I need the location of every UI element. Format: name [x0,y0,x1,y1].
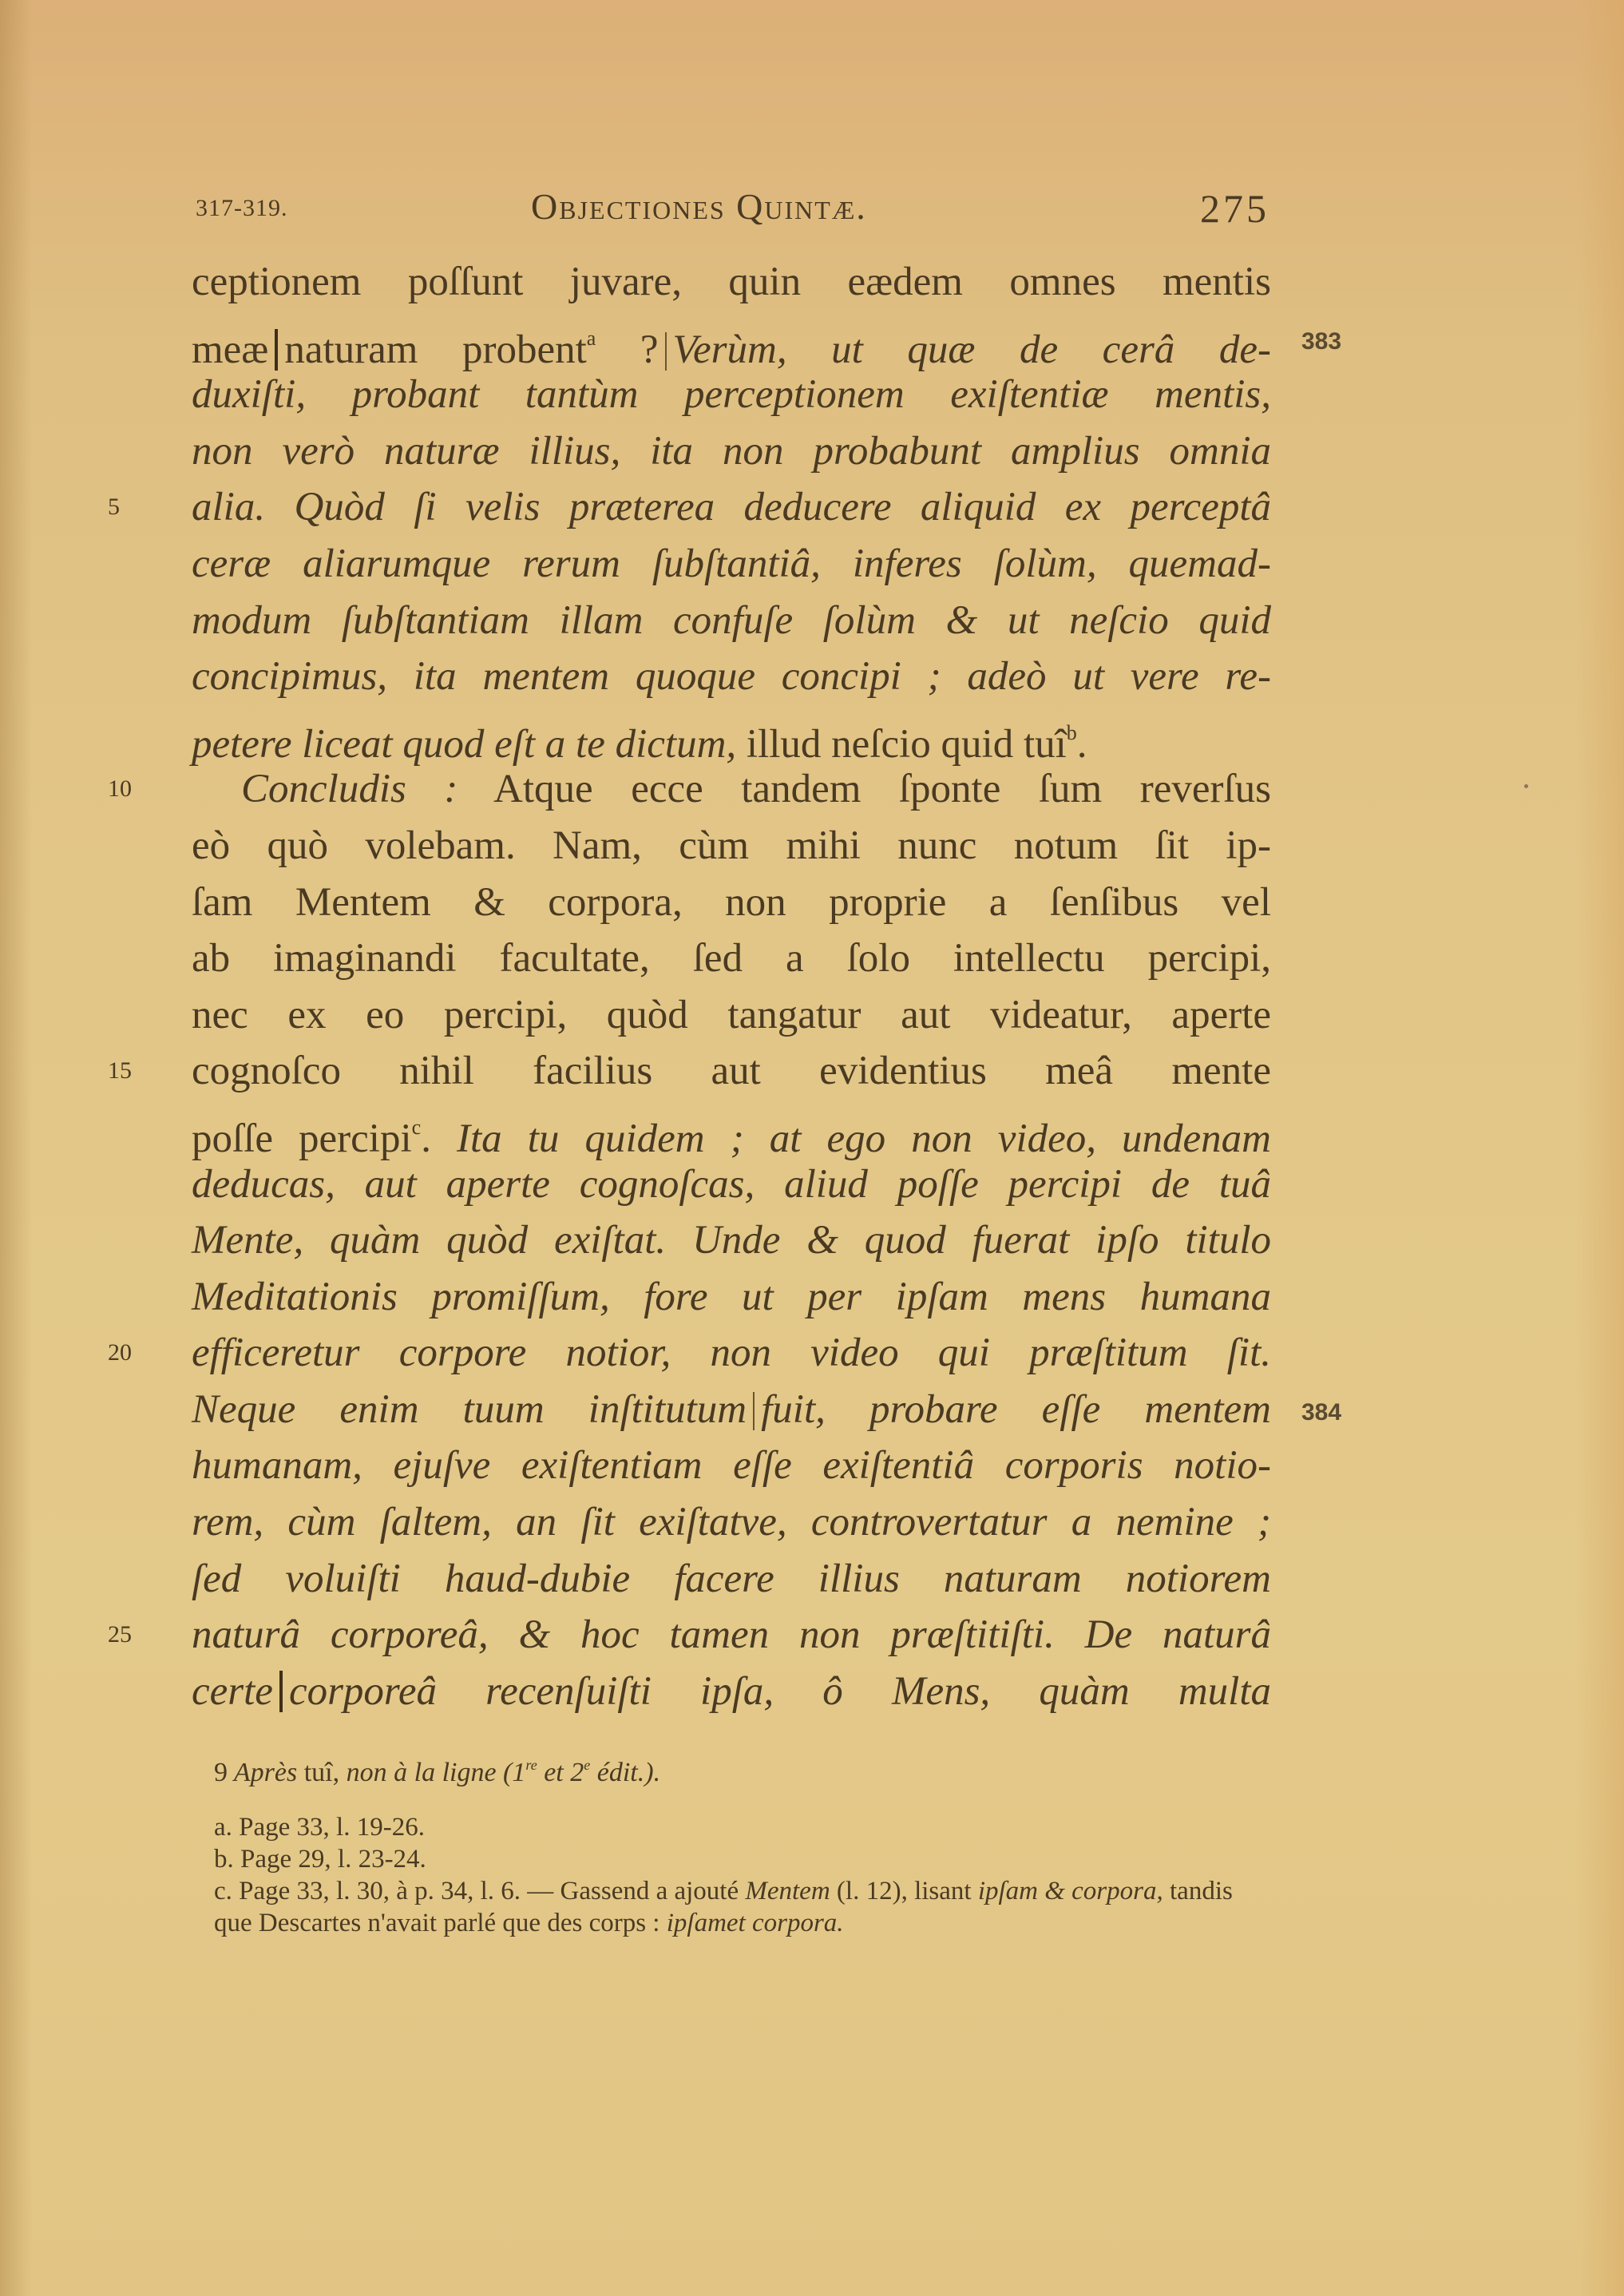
page-break-marker [275,329,278,371]
text-run: alia. Quòd ſi velis præterea deducere al… [192,485,1271,529]
text-run: Neque enim tuum inſtitutum [192,1387,747,1432]
page-number: 275 [1200,185,1269,232]
footnote-ref: c [412,1116,422,1139]
footnote-ref: a [587,327,596,350]
line-number: 5 [108,479,140,535]
running-header: 317-319. Objectiones Quintæ. 275 [196,185,1269,233]
text-line: ab imaginandi facultate, ſed a ſolo inte… [192,930,1271,987]
text-run: Mente, quàm quòd exiſtat. Unde & quod fu… [192,1218,1271,1263]
text-run: efficeretur corpore notior, non video qu… [192,1330,1271,1375]
text-run: ? [596,327,658,372]
footnote-ref: b [1067,721,1077,744]
paper-speck [1524,784,1528,788]
text-line: Mente, quàm quòd exiſtat. Unde & quod fu… [192,1212,1271,1269]
text-line: duxiſti, probant tantùm perceptionem exi… [192,367,1271,423]
text-run: Concludis : [241,767,457,811]
text-line: ſed voluiſti haud-dubie facere illius na… [192,1551,1271,1608]
line-number: 15 [108,1043,140,1099]
text-line: 20efficeretur corpore notior, non video … [192,1325,1271,1382]
text-line: 10Concludis : Atque ecce tandem ſponte ſ… [192,761,1271,818]
margin-page-ref: 383 [1301,314,1341,370]
text-line: concipimus, ita mentem quoque concipi ; … [192,648,1271,705]
footnote-text: (l. 12), lisant [830,1877,978,1905]
page-edge-shadow-left [0,0,32,2296]
text-line: certecorporeâ recenſuiſti ipſa, ô Mens, … [192,1664,1271,1720]
text-line: ceræ aliarumque rerum ſubſtantiâ, infere… [192,536,1271,593]
text-run: nec ex eo percipi, quòd tangatur aut vid… [192,993,1271,1037]
text-run: fuit, probare eſſe mentem [761,1387,1271,1432]
text-run: . [421,1116,457,1161]
text-run: ſed voluiſti haud-dubie facere illius na… [192,1556,1271,1601]
text-run: duxiſti, probant tantùm perceptionem exi… [192,372,1271,417]
text-run: ceptionem poſſunt juvare, quin eædem omn… [192,260,1271,304]
text-run: humanam, ejuſve exiſtentiam eſſe exiſten… [192,1443,1271,1488]
line-number: 25 [108,1607,140,1663]
text-line: petere liceat quod eſt a te dictum, illu… [192,705,1271,762]
main-text: ceptionem poſſunt juvare, quin eædem omn… [192,254,1271,1719]
footnote-text: Page 29, l. 23-24. [240,1845,426,1874]
variant-text: Après [234,1758,297,1787]
footnote-label: a. [214,1813,232,1842]
text-run: concipimus, ita mentem quoque concipi ; … [192,654,1271,699]
text-line: poſſe percipic. Ita tu quidem ; at ego n… [192,1100,1271,1156]
text-run: ſam Mentem & corpora, non proprie a ſenſ… [192,880,1271,925]
text-run: modum ſubſtantiam illam confuſe ſolùm & … [192,598,1271,643]
variant-line-ref: 9 [214,1758,228,1787]
edition-end: édit.). [590,1758,660,1787]
text-run: ab imaginandi facultate, ſed a ſolo inte… [192,936,1271,981]
footnote-italic: Mentem [745,1877,830,1905]
text-line: rem, cùm ſaltem, an ſit exiſtatve, contr… [192,1494,1271,1551]
variant-word: tuî, [297,1758,346,1787]
text-run: naturâ corporeâ, & hoc tamen non præſtit… [192,1612,1271,1657]
text-line: non verò naturæ illius, ita non probabun… [192,423,1271,480]
footnote-a: a. Page 33, l. 19-26. [192,1811,1271,1843]
footnote-italic: ipſamet corpora. [667,1909,844,1937]
footnote-b: b. Page 29, l. 23-24. [192,1843,1271,1875]
footnotes: a. Page 33, l. 19-26. b. Page 29, l. 23-… [192,1811,1271,1939]
variant-text-2: non à la ligne ( [347,1758,513,1787]
text-run: poſſe percipi [192,1116,412,1161]
line-number: 20 [108,1325,140,1381]
text-run: illud neſcio quid tuî [747,722,1067,767]
text-line: deducas, aut aperte cognoſcas, aliud poſ… [192,1156,1271,1213]
text-run: corporeâ recenſuiſti ipſa, ô Mens, quàm … [289,1669,1271,1714]
text-line: 5alia. Quòd ſi velis præterea deducere a… [192,479,1271,536]
text-line: ceptionem poſſunt juvare, quin eædem omn… [192,254,1271,311]
text-run: Verùm, ut quæ de cerâ de- [673,327,1271,372]
footnote-label: b. [214,1845,234,1874]
text-run: Ita tu quidem ; at ego non video, undena… [457,1116,1271,1161]
text-line: 25naturâ corporeâ, & hoc tamen non præſt… [192,1607,1271,1664]
page-break-marker [665,332,667,371]
text-line: humanam, ejuſve exiſtentiam eſſe exiſten… [192,1437,1271,1494]
text-run: meæ [192,327,268,372]
text-run: non verò naturæ illius, ita non probabun… [192,429,1271,474]
edition-1: 1 [512,1758,525,1787]
text-line: 383meænaturam probenta ?Verùm, ut quæ de… [192,311,1271,367]
margin-page-ref: 384 [1301,1385,1341,1441]
footnote-label: c. [214,1877,232,1905]
text-line: nec ex eo percipi, quòd tangatur aut vid… [192,987,1271,1044]
text-line: modum ſubſtantiam illam confuſe ſolùm & … [192,593,1271,649]
footnote-italic: ipſam & corpora, [978,1877,1163,1905]
running-title: Objectiones Quintæ. [531,185,867,228]
text-run: Atque ecce tandem ſponte ſum reverſus [457,767,1271,811]
page-edge-shadow-right [1576,0,1624,2296]
text-run: . [1077,722,1087,767]
text-run: eò quò volebam. Nam, cùm mihi nunc notum… [192,823,1271,868]
text-run: rem, cùm ſaltem, an ſit exiſtatve, contr… [192,1500,1271,1545]
text-line: Meditationis promiſſum, fore ut per ipſa… [192,1269,1271,1326]
text-line: eò quò volebam. Nam, cùm mihi nunc notum… [192,818,1271,874]
page-break-marker [279,1671,283,1712]
text-run: ceræ aliarumque rerum ſubſtantiâ, infere… [192,541,1271,586]
text-run: naturam probent [284,327,586,372]
text-line: 15cognoſco nihil facilius aut evidentius… [192,1043,1271,1100]
edition-1-sup: re [525,1757,537,1773]
text-line: ſam Mentem & corpora, non proprie a ſenſ… [192,874,1271,931]
line-number: 10 [108,761,140,817]
variant-reading-note: 9 Après tuî, non à la ligne (1re et 2e é… [214,1757,660,1788]
page-range: 317-319. [196,195,288,222]
edition-2: 2 [570,1758,584,1787]
text-run: cognoſco nihil facilius aut evidentius m… [192,1049,1271,1093]
text-run: deducas, aut aperte cognoſcas, aliud poſ… [192,1162,1271,1207]
page-break-marker [753,1392,755,1430]
text-run: certe [192,1669,273,1714]
footnote-text: Page 33, l. 30, à p. 34, l. 6. — Gassend… [239,1877,745,1905]
text-line: 384Neque enim tuum inſtitutumfuit, proba… [192,1382,1271,1438]
footnote-c: c. Page 33, l. 30, à p. 34, l. 6. — Gass… [192,1875,1271,1939]
edition-connector: et [537,1758,571,1787]
text-run: Meditationis promiſſum, fore ut per ipſa… [192,1275,1271,1319]
footnote-text: Page 33, l. 19-26. [239,1813,425,1842]
text-run: petere liceat quod eſt a te dictum, [192,722,747,767]
